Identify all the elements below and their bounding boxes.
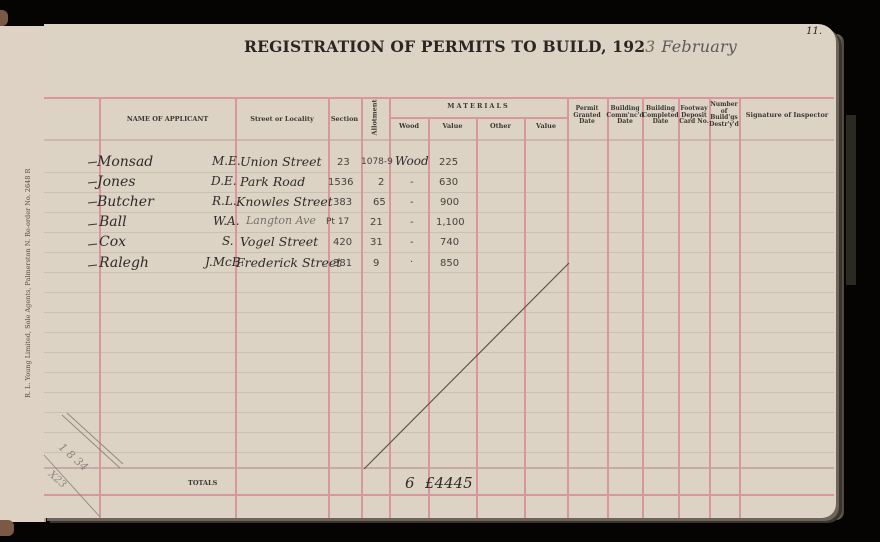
row-tick-marks bbox=[88, 162, 97, 266]
pencil-note-1: 1 8 34 bbox=[56, 441, 91, 474]
ink-marks: 1 8 34 X23 bbox=[0, 0, 880, 542]
pencil-note-2: X23 bbox=[45, 468, 68, 490]
diagonal-cancel-line bbox=[364, 263, 569, 469]
